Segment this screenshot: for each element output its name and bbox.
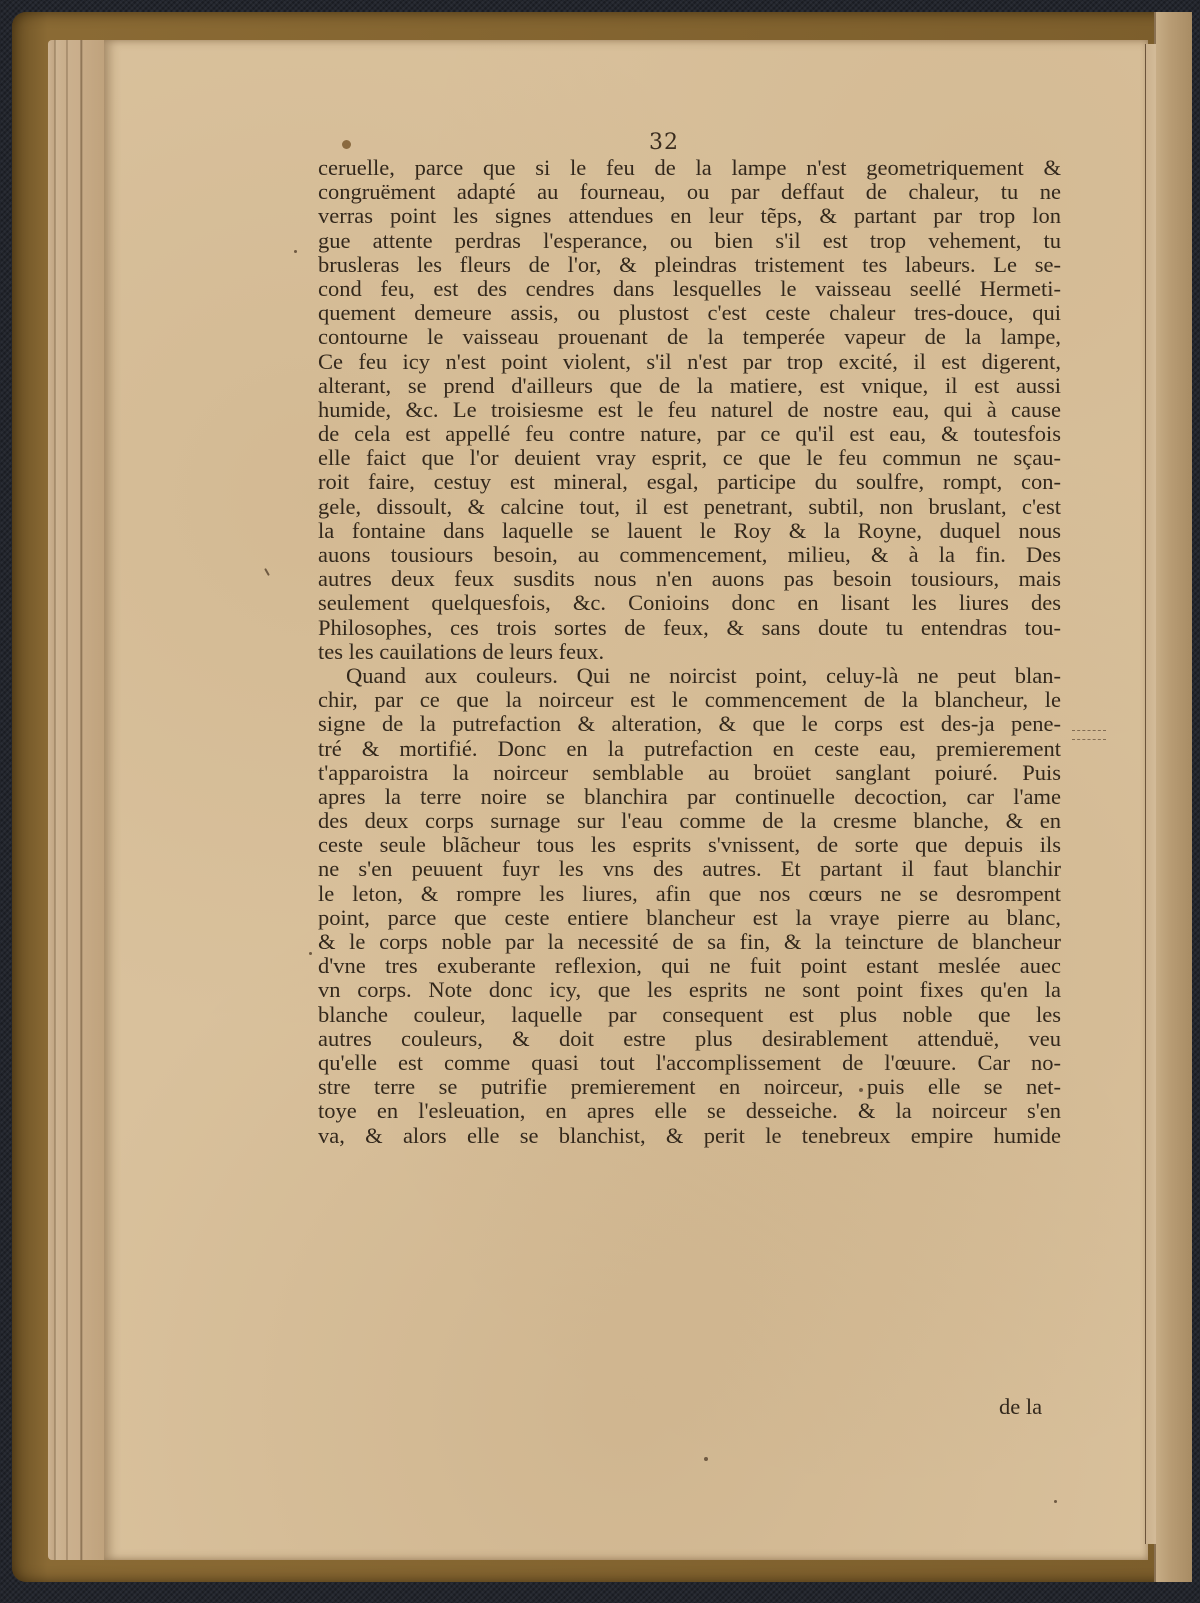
text-line: ne s'en peuuent fuyr les vns des autres.… (318, 857, 1061, 881)
text-line: seulement quelquesfois, &c. Conioins don… (318, 591, 1061, 615)
text-line: de cela est appellé feu contre nature, p… (318, 422, 1061, 446)
text-line: t'apparoistra la noirceur semblable au b… (318, 761, 1061, 785)
ink-dot (342, 140, 351, 149)
text-line: gele, dissoult, & calcine tout, il est p… (318, 495, 1061, 519)
text-line: alterant, se prend d'ailleurs que de la … (318, 374, 1061, 398)
text-line: congruëment adapté au fourneau, ou par d… (318, 180, 1061, 204)
text-line: vn corps. Note donc icy, que les esprits… (318, 978, 1061, 1002)
text-line: & le corps noble par la necessité de sa … (318, 930, 1061, 954)
paper-speck (859, 1088, 863, 1092)
text-line: d'vne tres exuberante reflexion, qui ne … (318, 954, 1061, 978)
text-line: Ce feu icy n'est point violent, s'il n'e… (318, 350, 1061, 374)
paper-speck (264, 568, 270, 576)
text-line: verras point les signes attendues en leu… (318, 204, 1061, 228)
text-line: signe de la putrefaction & alteration, &… (318, 712, 1061, 736)
paper-speck (294, 250, 297, 253)
text-line: des deux corps surnage sur l'eau comme d… (318, 809, 1061, 833)
text-line: autres deux feux susdits nous n'en auons… (318, 567, 1061, 591)
catchword: de la (999, 1394, 1042, 1420)
page-stack-left (48, 40, 108, 1560)
text-line: tré & mortifié. Donc en la putrefaction … (318, 737, 1061, 761)
text-line: blanche couleur, laquelle par consequent… (318, 1003, 1061, 1027)
text-line: le leton, & rompre les liures, afin que … (318, 882, 1061, 906)
text-line: ceste seule blãcheur tous les esprits s'… (318, 833, 1061, 857)
paper-speck (1054, 1500, 1057, 1503)
text-line: va, & alors elle se blanchist, & perit l… (318, 1124, 1061, 1148)
text-line: auons tousiours besoin, au commencement,… (318, 543, 1061, 567)
text-line: roit faire, cestuy est mineral, esgal, p… (318, 470, 1061, 494)
text-line: stre terre se putrifie premierement en n… (318, 1075, 1061, 1099)
text-line: humide, &c. Le troisiesme est le feu nat… (318, 398, 1061, 422)
text-line: gue attente perdras l'esperance, ou bien… (318, 229, 1061, 253)
text-line: contourne le vaisseau prouenant de la te… (318, 325, 1061, 349)
text-line: apres la terre noire se blanchira par co… (318, 785, 1061, 809)
text-line: toye en l'esleuation, en apres elle se d… (318, 1099, 1061, 1123)
page-number: 32 (649, 130, 679, 155)
text-line: la fontaine dans laquelle se lauent le R… (318, 519, 1061, 543)
page-fold-right (1145, 44, 1156, 1544)
text-line: cond feu, est des cendres dans lesquelle… (318, 277, 1061, 301)
body-text: ceruelle, parce que si le feu de la lamp… (318, 156, 1061, 1148)
text-line: ceruelle, parce que si le feu de la lamp… (318, 156, 1061, 180)
text-line: tes les cauilations de leurs feux. (318, 640, 1061, 664)
text-line: chir, par ce que la noirceur est le comm… (318, 688, 1061, 712)
text-line: autres couleurs, & doit estre plus desir… (318, 1027, 1061, 1051)
paper-speck (309, 952, 312, 955)
paragraph-start-line: Quand aux couleurs. Qui ne noircist poin… (318, 664, 1061, 688)
book-page: 32 ceruelle, parce que si le feu de la l… (104, 40, 1148, 1560)
text-line: qu'elle est comme quasi tout l'accomplis… (318, 1051, 1061, 1075)
text-line: quement demeure assis, ou plustost c'est… (318, 301, 1061, 325)
book-fore-edge (1154, 12, 1192, 1582)
text-line: elle faict que l'or deuient vray esprit,… (318, 446, 1061, 470)
text-line: point, parce que ceste entiere blancheur… (318, 906, 1061, 930)
margin-mark (1072, 730, 1106, 740)
text-line: Philosophes, ces trois sortes de feux, &… (318, 616, 1061, 640)
text-line: brusleras les fleurs de l'or, & pleindra… (318, 253, 1061, 277)
paper-speck (704, 1457, 708, 1461)
